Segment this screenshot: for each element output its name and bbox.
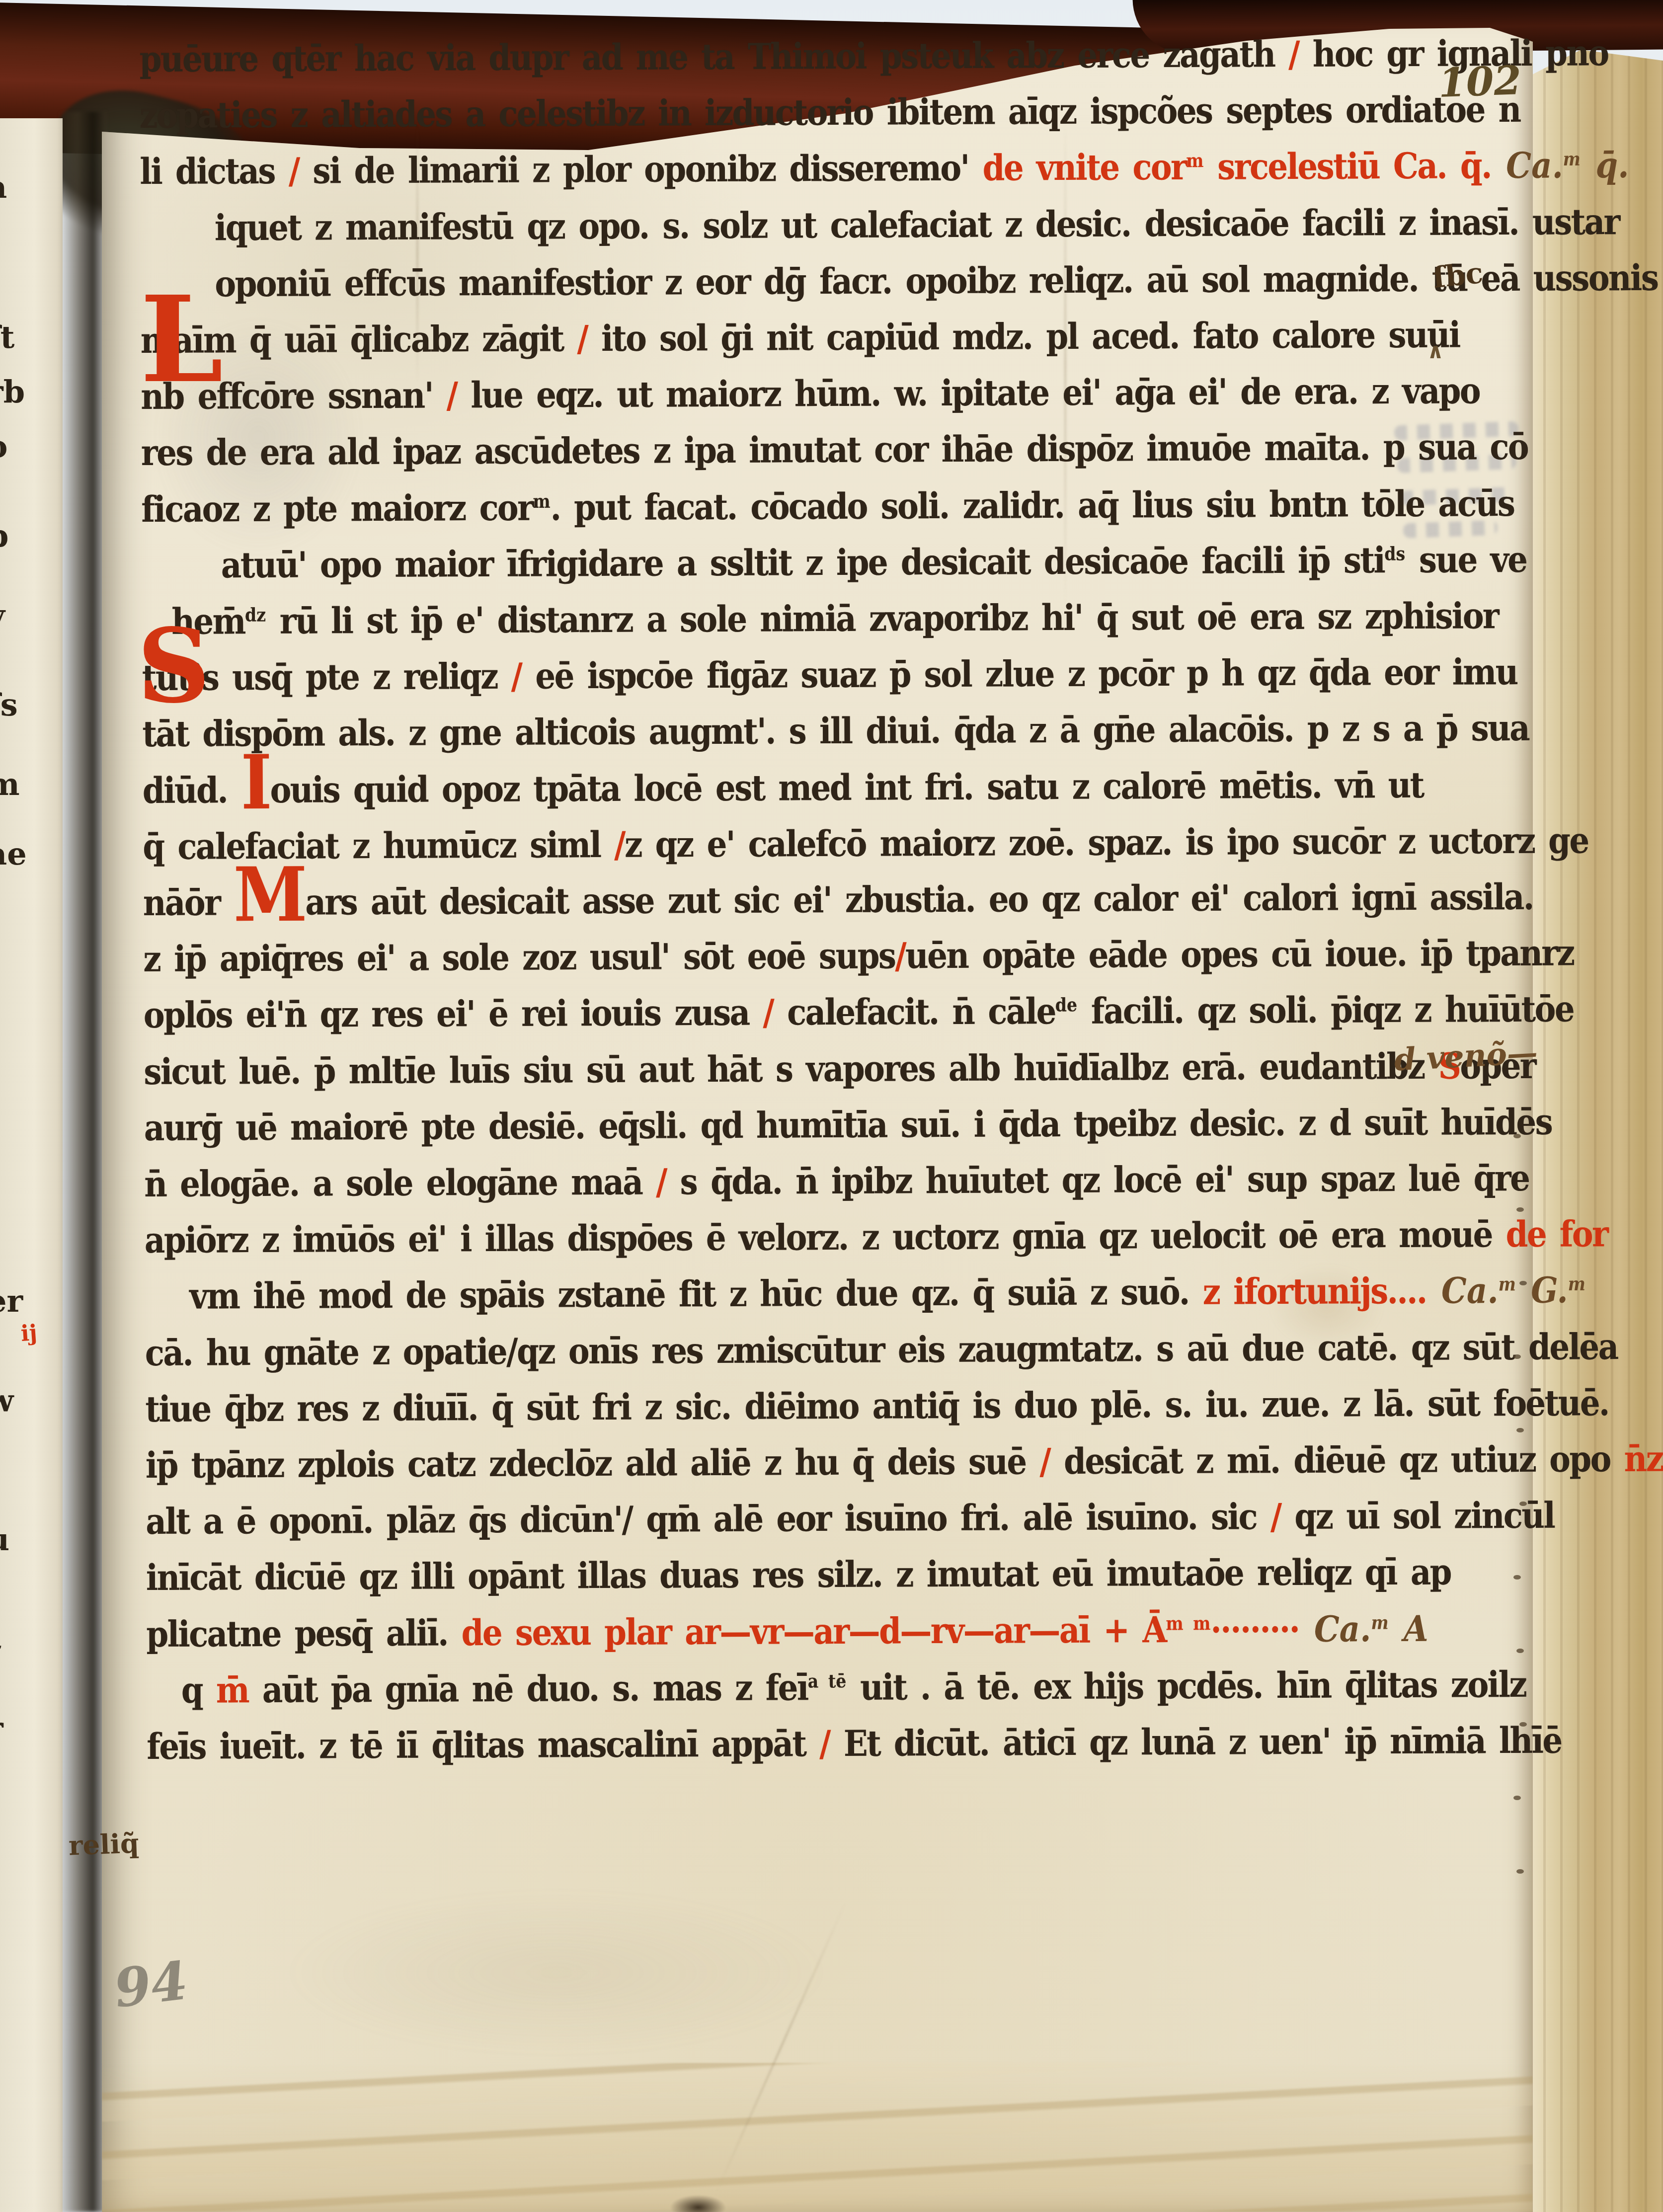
text-line: q̄ calefaciat z humūcz siml /z qz e' cal…	[143, 823, 1588, 865]
gutter-shadow	[59, 112, 106, 2212]
margin-ink-text: m	[1371, 1611, 1388, 1633]
rubric-text: de sexu plar ar—vr—ar—d—rv—ar—aī + Ā	[462, 1609, 1166, 1654]
text-line: oplōs ei'n̄ qz res ei' ē rei iouis zusa …	[144, 992, 1574, 1033]
text-line: apiōrz z imūōs ei' i illas dispōes ē vel…	[145, 1217, 1608, 1259]
text-line: tāt dispōm als. z gne alticois augmt'. s…	[142, 711, 1529, 753]
rubric-text: ·········	[1210, 1608, 1299, 1651]
rubricated-initial: M	[234, 850, 306, 939]
body-text: eē ispcōe figāz suaz p̄ sol zlue z pcōr …	[521, 651, 1517, 698]
facing-page-text-fragment: rb	[0, 377, 25, 407]
text-line: sicut luē. p̄ mltīe luīs siu sū aut hāt …	[144, 1048, 1535, 1090]
body-text: aūt p̄a gnīa nē duo. s. mas z feī	[248, 1667, 808, 1711]
body-text: facili. qz soli. p̄iqz z huīūtōe	[1077, 989, 1574, 1032]
body-text: rū li st ip̄ e' distanrz a sole nimiā zv…	[266, 595, 1498, 642]
body-text: a tē	[808, 1670, 847, 1692]
body-text: ouis quid opoz tpāta locē est med int fr…	[270, 764, 1424, 811]
rubric-text: /	[763, 992, 773, 1034]
facing-page-edge: aſtrbobyſsmaeerwutr	[0, 118, 63, 2212]
text-line: cā. hu gnāte z opatie/qz onīs res zmiscū…	[145, 1329, 1618, 1371]
pricking-dot	[1516, 1207, 1524, 1212]
pricking-dot	[1513, 1134, 1521, 1138]
folio-number: 102	[1438, 62, 1522, 101]
body-text: ars aūt desicait asse zut sic ei' zbusti…	[305, 876, 1533, 924]
body-text: desicāt z mī. diēuē qz utiuz opo	[1050, 1438, 1624, 1483]
body-text: ito sol ḡi nit capiūd mdz. pl aced. fato…	[587, 314, 1460, 360]
body-text: s q̄da. n̄ ipibz huīutet qz locē ei' sup…	[666, 1158, 1529, 1203]
body-text: ds	[1384, 543, 1405, 564]
text-line: li dictas / si de limarii z plor oponibz…	[140, 148, 1629, 190]
rubric-text: de vnite cor	[982, 147, 1186, 189]
text-line: puēure qtēr hac via dupr ad me ta Thimoi…	[139, 36, 1608, 78]
facing-page-text-fragment: ſs	[0, 690, 18, 720]
margin-note-reliq: reliq̃	[68, 1831, 139, 1858]
facing-page-text-fragment: r	[0, 1713, 3, 1744]
margin-ink-text: G.	[1516, 1270, 1568, 1312]
body-text: calefacit. n̄ cāle	[773, 991, 1055, 1033]
rubric-text: /	[819, 1723, 830, 1765]
body-text: vm ihē mod de spāis zstanē fit z hūc due…	[189, 1271, 1203, 1318]
text-line: iquet z manifestū qz opo. s. solz ut cal…	[215, 204, 1619, 246]
body-text: oplōs ei'n̄ qz res ei' ē rei iouis zusa	[144, 992, 763, 1036]
rubric-text: m	[1186, 150, 1203, 172]
dropcap-S: S	[137, 627, 210, 706]
text-line: hem̄dz rū li st ip̄ e' distanrz a sole n…	[171, 599, 1498, 640]
margin-ink-text: A	[1388, 1608, 1428, 1650]
body-text: de	[1055, 994, 1078, 1016]
rubric-text: m m	[1166, 1612, 1210, 1634]
facing-page-text-fragment: er	[0, 1286, 23, 1317]
facing-page-text-fragment: u	[0, 1524, 9, 1555]
text-line: diūd. Iouis quid opoz tpāta locē est med…	[143, 768, 1424, 809]
margin-ink-text: m	[1498, 1273, 1515, 1295]
text-line: plicatne pesq̄ aliī. de sexu plar ar—vr—…	[146, 1611, 1428, 1653]
text-line: z ip̄ apiq̄res ei' a sole zoz usul' sōt …	[143, 936, 1574, 977]
body-text: atuū' opo maior īfrigidare a ssltit z ip…	[221, 540, 1385, 586]
body-text: tāt dispōm als. z gne alticois augmt'. s…	[142, 708, 1529, 755]
pricking-dot	[1519, 1501, 1527, 1506]
body-text: res de era ald ipaz ascūdetes z ipa imut…	[141, 426, 1528, 474]
text-line: ip̄ tpānz zplois catz zdeclōz ald aliē z…	[146, 1441, 1663, 1484]
body-text: sue ve	[1405, 539, 1527, 581]
body-text: alt a ē oponī. plāz q̄s dicūn'/ qm̄ alē …	[146, 1496, 1270, 1543]
body-text: z qz e' calefcō maiorz zoē. spaz. is ipo…	[625, 820, 1588, 866]
text-line: maīm q̄ uāī q̄licabz zāgit / ito sol ḡi …	[141, 317, 1460, 359]
body-text: m	[533, 490, 550, 512]
margin-caret: ∧	[1427, 342, 1444, 361]
body-text: q̄ calefaciat z humūcz siml	[143, 824, 614, 868]
text-line: nb effcōre ssnan' / lue eqz. ut maiorz h…	[141, 374, 1480, 415]
facing-page-text-fragment: o	[0, 431, 7, 462]
rubric-text: /	[1270, 1496, 1281, 1538]
text-line: alt a ē oponī. plāz q̄s dicūn'/ qm̄ alē …	[146, 1498, 1554, 1540]
text-line: q m̄ aūt p̄a gnīa nē duo. s. mas z feīa …	[181, 1667, 1526, 1708]
text-line: ficaoz z pte maiorz corm. put facat. cōc…	[141, 486, 1514, 528]
facing-page-text-fragment: w	[0, 1385, 13, 1416]
margin-note-fbc: ſbc	[1432, 260, 1485, 291]
body-text: apiōrz z imūōs ei' i illas dispōes ē vel…	[145, 1214, 1506, 1262]
margin-ink-text: m	[1563, 148, 1581, 170]
facing-page-text-fragment: m	[0, 769, 20, 800]
text-line: vm ihē mod de spāis zstanē fit z hūc due…	[189, 1273, 1585, 1315]
body-text: puēure qtēr hac via dupr ad me ta Thimoi…	[139, 34, 1288, 80]
body-text: diūd.	[143, 770, 241, 812]
rubric-text: /	[446, 375, 457, 416]
body-text: q	[181, 1669, 216, 1711]
facing-page-text-fragment: ae	[0, 839, 27, 869]
text-line: aurḡ uē maiorē pte desiē. eq̄sli. qd hum…	[144, 1105, 1552, 1146]
margin-ink-text: q̄.	[1581, 145, 1629, 186]
body-text: ip̄ tpānz zplois catz zdeclōz ald aliē z…	[146, 1441, 1040, 1487]
rubric-text: /	[289, 151, 299, 192]
facing-page-text-fragment: ſt	[0, 322, 14, 353]
pricking-dot	[1513, 1354, 1521, 1359]
text-line: nāōr Mars aūt desicait asse zut sic ei' …	[143, 879, 1533, 921]
rubric-text: /	[511, 656, 522, 698]
text-line: inīcāt dicūē qz illi opānt illas duas re…	[146, 1555, 1451, 1596]
pricking-dot	[1516, 1869, 1524, 1874]
body-text: plicatne pesq̄ aliī.	[146, 1612, 462, 1656]
rubric-text: /	[577, 318, 587, 360]
margin-ink-text: Ca.	[1491, 145, 1563, 187]
body-text: n̄ elogāe. a sole elogāne maā	[144, 1161, 656, 1205]
rubric-text: /	[1039, 1441, 1050, 1483]
body-text: lue eqz. ut maiorz hūm. w. ipitate ei' a…	[457, 370, 1480, 416]
facing-page-text-fragment: y	[0, 600, 5, 631]
margin-ink-text: Ca.	[1299, 1608, 1371, 1651]
body-text: Et dicūt. āticī qz lunā z uen' ip̄ nīmiā…	[830, 1720, 1562, 1764]
text-line: n̄ elogāe. a sole elogāne maā / s q̄da. …	[144, 1161, 1529, 1202]
rubric-text: /	[614, 824, 625, 866]
rubric-text: srcelestiū Ca. q̄.	[1203, 145, 1491, 188]
margin-ink-text: m	[1568, 1273, 1585, 1295]
body-text: sicut luē. p̄ mltīe luīs siu sū aut hāt …	[144, 1045, 1438, 1093]
body-text: feīs iueīt. z tē iī q̄litas mascalinī ap…	[147, 1723, 819, 1768]
facing-page-text-fragment: b	[0, 521, 8, 552]
rubric-text: de for	[1505, 1213, 1607, 1256]
text-line: res de era ald ipaz ascūdetes z ipa imut…	[141, 430, 1528, 472]
pricking-dot	[1513, 1796, 1521, 1800]
body-text: nāōr	[143, 882, 234, 924]
margin-note-d-veno: d venõ—	[1394, 1038, 1538, 1074]
body-text: tiue q̄bz res z diuīī. q̄ sūt fri z sic.…	[145, 1382, 1609, 1430]
body-text: ficaoz z pte maiorz cor	[141, 487, 533, 530]
pricking-dot	[1519, 1281, 1527, 1285]
body-text: qz uī sol zincūl	[1280, 1495, 1554, 1538]
facing-page-text-fragment: t	[0, 1624, 1, 1655]
body-text: zopaties z altiades a celestibz in izduc…	[140, 89, 1520, 137]
body-text: iquet z manifestū qz opo. s. solz ut cal…	[215, 201, 1619, 249]
rubricated-initial: I	[240, 738, 270, 826]
text-line: atuū' opo maior īfrigidare a ssltit z ip…	[221, 542, 1527, 583]
body-text: aurḡ uē maiorē pte desiē. eq̄sli. qd hum…	[144, 1101, 1552, 1149]
text-block: puēure qtēr hac via dupr ad me ta Thimoi…	[102, 0, 1542, 2212]
rubric-text: /	[1288, 34, 1299, 76]
red-margin-tick: ij	[20, 1323, 38, 1344]
body-text: li dictas	[140, 151, 289, 193]
body-text: uēn opāte eāde opes cū ioue. ip̄ tpanrz	[905, 933, 1574, 977]
body-text: z ip̄ apiq̄res ei' a sole zoz usul' sōt …	[143, 936, 895, 981]
rubric-text: n̄z	[1624, 1438, 1663, 1480]
margin-ink-text: Ca.	[1426, 1270, 1498, 1312]
body-text: . put facat. cōcado soli. zalidr. aq̄ li…	[550, 482, 1514, 528]
body-text: dz	[245, 604, 266, 626]
body-text: uit . ā tē. ex hijs pcdēs. hīn q̄litas z…	[846, 1664, 1526, 1709]
text-line: feīs iueīt. z tē iī q̄litas mascalinī ap…	[147, 1723, 1562, 1765]
dropcap-L: L	[140, 294, 223, 387]
pricking-dot	[1513, 1575, 1521, 1580]
rubric-text: /	[656, 1161, 666, 1203]
rubric-text: z ifortunijs....	[1202, 1270, 1426, 1313]
facing-page-text-fragment: a	[0, 172, 7, 203]
rubric-text: /	[895, 935, 905, 977]
pricking-dot	[1519, 1722, 1527, 1727]
body-text: cā. hu gnāte z opatie/qz onīs res zmiscū…	[145, 1326, 1618, 1374]
text-line: zopaties z altiades a celestibz in izduc…	[140, 92, 1520, 134]
body-text: si de limarii z plor oponibz disseremo'	[299, 148, 982, 192]
text-line: tutis usq̄ pte z reliqz / eē ispcōe figā…	[142, 655, 1517, 697]
pricking-dot	[1516, 1428, 1524, 1432]
rubric-text: m̄	[216, 1669, 249, 1711]
pricking-dot	[1516, 1649, 1524, 1653]
body-text: inīcāt dicūē qz illi opānt illas duas re…	[146, 1552, 1451, 1599]
text-line: tiue q̄bz res z diuīī. q̄ sūt fri z sic.…	[145, 1386, 1609, 1428]
manuscript-photograph: aſtrbobyſsmaeerwutr puēure qtēr hac via …	[0, 0, 1663, 2212]
pencil-number: 94	[112, 1956, 190, 2012]
